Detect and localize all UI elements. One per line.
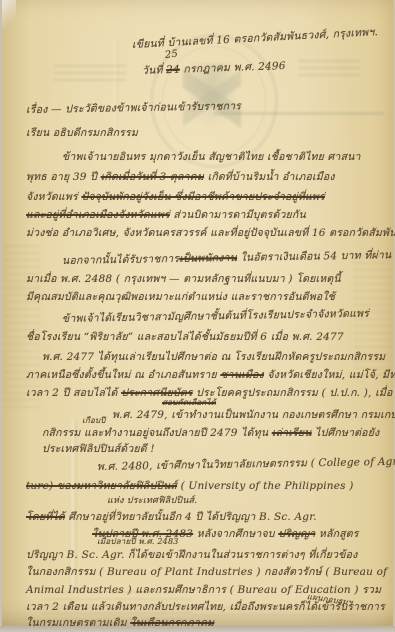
scan-edge-highlight [2,0,16,40]
struck-text: ปัจจุบันพักอยู่วังเย็น ซึ่งมีอาชีพค้าขาย… [81,191,325,203]
text-segment: หลักสูตร [315,528,358,540]
struck-text: เล่าเรียน [272,427,312,439]
text-segment: เรื่อง — ประวัติของข้าพเจ้าก่อนเข้ารับรา… [26,100,241,116]
text-segment: พ.ศ. 2480, เข้าศึกษาในวิทยาลัยเกษตรกรรม … [97,455,395,473]
text-segment: พ.ศ. 2479, เข้าทำงานเป็นพนักงาน กองเกษตร… [112,409,395,421]
struck-text: 24 [166,64,180,76]
handwriting-line: จังหวัดแพร่ ปัจจุบันพักอยู่วังเย็น ซึ่งม… [26,188,325,205]
text-segment: ประเทศฟิลิปปินส์ด้วยดี ! [42,443,155,455]
text-segment: ส่วนบิดามารดามีบุตรด้วยกัน [170,209,306,221]
text-segment: ในกองกสิกรรม ( Bureau of Plant Industrie… [26,566,387,578]
text-segment: เวลา 2 เดือน แล้วเดินทางกลับประเทศไทย, เ… [26,601,385,613]
text-segment: ปริญญา B. Sc. Agr. ก็ได้ขอเข้าฝึกงานในส่… [26,549,357,561]
text-segment: แห่ง ประเทศฟิลิปปินส์. [107,496,197,506]
text-segment: มีคุณสมบัติและคุณวุฒิพอเหมาะแก่ตำแหน่ง แ… [26,291,335,303]
text-segment: ชื่อโรงเรียน “พิริยาลัย” และสอบไล่ได้ชั้… [26,331,344,343]
text-segment: ม่วงช่อ อำเภอวิเศษ, จังหวัดนครสวรรค์ และ… [26,227,395,239]
text-segment: ไปศึกษาต่อยัง [312,427,380,439]
handwriting-line: โดยที่ได้ ศึกษาอยู่ที่วิทยาลัยนั้นอีก 4 … [26,508,317,525]
handwriting-line: วันที่ 24 กรกฎาคม พ.ศ. 2496 [142,57,286,79]
handwriting-line: ข้าพเจ้านายอินทร มุกดาวังเย็น สัญชาติไทย… [62,148,361,165]
text-segment: กรกฎาคม พ.ศ. 2496 [180,60,286,76]
text-segment: กสิกรรม และทำงานอยู่จนถึงปลายปี 2479 ได้… [42,427,272,439]
handwriting-line: เรียน อธิบดีกรมกสิกรรม [26,124,138,141]
handwriting-line: ปริญญา B. Sc. Agr. ก็ได้ขอเข้าฝึกงานในส่… [26,546,357,563]
text-segment: เมื่อปลายปี พ.ศ. 2483 [97,537,179,546]
handwriting-layer: เขียนที่ บ้านเลขที่ 16 ตรอกวัดสัมพันธวงศ… [2,0,393,626]
text-segment: หลังจากศึกษาจบ [193,528,278,540]
handwriting-line: แห่ง ประเทศฟิลิปปินส์. [107,493,197,507]
handwriting-line: 25 [164,49,178,61]
handwriting-line: มาเมื่อ พ.ศ. 2488 ( กรุงเทพฯ — ตามหลักฐา… [26,270,341,287]
text-segment: เวลา 2 ปี สอบไล่ได้ [26,387,121,399]
text-segment: มาเมื่อ พ.ศ. 2488 ( กรุงเทพฯ — ตามหลักฐา… [26,273,341,285]
text-segment: ข้าพเจ้านายอินทร มุกดาวังเย็น สัญชาติไทย… [62,151,361,163]
text-segment: จังหวัดแพร่ [26,191,81,203]
handwriting-line: พุทธ อายุ 39 ปี เกิดเมื่อวันที่ 3 ตุลาคม… [26,168,335,185]
handwriting-line: กสิกรรม และทำงานอยู่จนถึงปลายปี 2479 ได้… [42,424,379,441]
paper-sheet: เขียนที่ บ้านเลขที่ 16 ตรอกวัดสัมพันธวงศ… [2,0,393,626]
text-segment: พุทธ อายุ 39 ปี [26,171,101,183]
text-segment: ศึกษาอยู่ที่วิทยาลัยนั้นอีก 4 ปี ได้ปริญ… [65,511,317,523]
text-segment: ภาคเหนือซึ่งตั้งขึ้นใหม่ ณ อำเภอสันทราย [26,369,220,381]
struck-text: เกิดเมื่อวันที่ 3 ตุลาคม [101,171,204,183]
scanned-document: เขียนที่ บ้านเลขที่ 16 ตรอกวัดสัมพันธวงศ… [0,0,395,632]
handwriting-line: นอกจากนั้นได้รับราชการเป็นพนักงาน ในอัตร… [62,246,392,269]
handwriting-line: ภาคเหนือซึ่งตั้งขึ้นใหม่ ณ อำเภอสันทราย … [26,366,395,383]
text-segment: นอกจากนั้นได้รับราชการ [62,253,179,267]
handwriting-line: ในกองกสิกรรม ( Bureau of Plant Industrie… [26,563,387,580]
handwriting-line: เวลา 2 เดือน แล้วเดินทางกลับประเทศไทย, เ… [26,598,385,615]
text-segment: เรียน อธิบดีกรมกสิกรรม [26,127,138,139]
text-segment: เกิดที่บ้านริมน้ำ อำเภอเมือง [204,171,335,183]
struck-text: ปริญญา [278,528,315,540]
handwriting-line: ม่วงช่อ อำเภอวิเศษ, จังหวัดนครสวรรค์ และ… [26,224,395,241]
struck-text: และอยู่ที่อำเภอเมืองจังหวัดแพร่ [26,209,170,221]
text-segment: ( University of the Philippines ) [177,480,354,492]
handwriting-line: ประเทศฟิลิปปินส์ด้วยดี ! [42,440,155,457]
text-segment: จังหวัดเชียงใหม่, แม่โจ้, มีหลักสูตร [264,369,395,381]
handwriting-line: และอยู่ที่อำเภอเมืองจังหวัดแพร่ ส่วนบิดา… [26,206,306,223]
scan-background-edge [0,626,395,632]
handwriting-line: พ.ศ. 2479, เข้าทำงานเป็นพนักงาน กองเกษตร… [112,406,395,423]
handwriting-line: ture) ของมหาวิทยาลัยฟิลิปปินส์ ( Univers… [26,477,354,494]
handwriting-line: เรื่อง — ประวัติของข้าพเจ้าก่อนเข้ารับรา… [26,97,241,118]
text-segment: ประโยคครูประถมกสิกรรม ( ป.ป.ก. ), เมื่อ … [193,387,395,399]
struck-text: เป็นพนักงาน [179,252,237,265]
handwriting-line: มีคุณสมบัติและคุณวุฒิพอเหมาะแก่ตำแหน่ง แ… [26,288,335,305]
text-segment: เขียนที่ บ้านเลขที่ 16 ตรอกวัดสัมพันธวงศ… [132,26,379,51]
handwriting-line: พ.ศ. 2477 ได้ทุนเล่าเรียนไปศึกษาต่อ ณ โร… [42,348,385,365]
text-segment: ในอัตราเงินเดือน 54 บาท ที่ผ่าน [237,249,391,264]
text-segment: 25 [164,49,178,61]
handwriting-line: ชื่อโรงเรียน “พิริยาลัย” และสอบไล่ได้ชั้… [26,328,344,345]
handwriting-line: ข้าพเจ้าได้เรียนวิชาสามัญศึกษาชั้นต้นที่… [62,305,369,327]
text-segment: วันที่ [142,64,167,77]
text-segment: พ.ศ. 2477 ได้ทุนเล่าเรียนไปศึกษาต่อ ณ โร… [42,351,385,363]
struck-text: โดยที่ได้ [26,511,65,523]
struck-text: ชานเมือง [220,369,264,381]
struck-text: ture) ของมหาวิทยาลัยฟิลิปปินส์ [26,480,177,492]
text-segment: ข้าพเจ้าได้เรียนวิชาสามัญศึกษาชั้นต้นที่… [62,308,369,325]
